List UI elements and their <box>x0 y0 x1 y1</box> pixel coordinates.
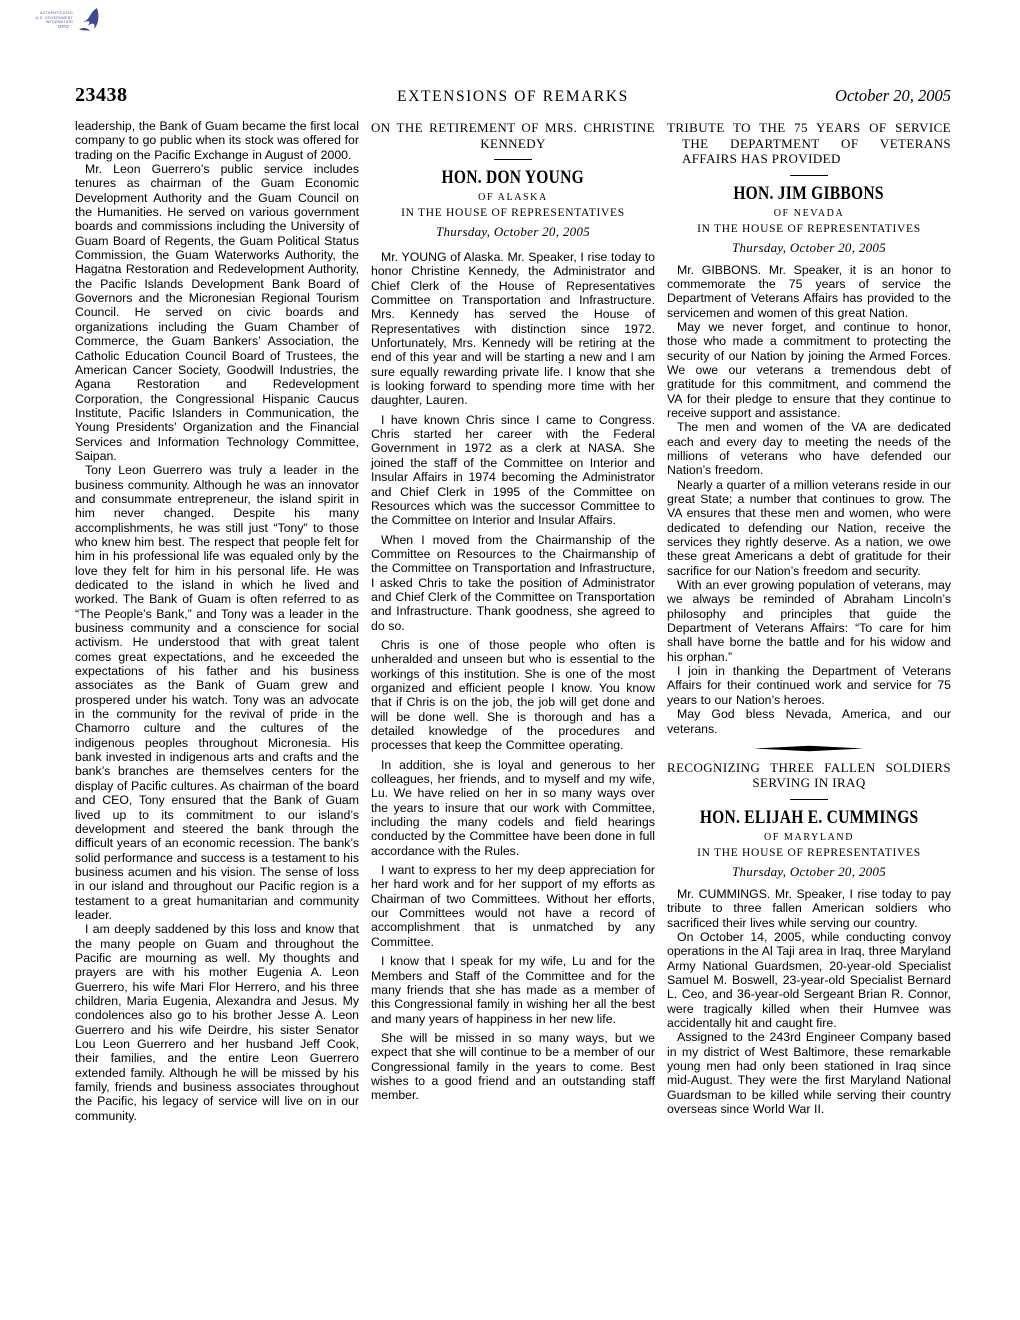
paragraph: Assigned to the 243rd Engineer Company b… <box>667 1030 951 1116</box>
paragraph: Nearly a quarter of a million veterans r… <box>667 478 951 578</box>
paragraph: When I moved from the Chairmanship of th… <box>371 533 655 633</box>
page-number: 23438 <box>75 84 285 107</box>
paragraph: May we never forget, and continue to hon… <box>667 320 951 420</box>
paragraph: I join in thanking the Department of Vet… <box>667 664 951 707</box>
chamber-line: IN THE HOUSE OF REPRESENTATIVES <box>667 847 951 859</box>
paragraph: On October 14, 2005, while conducting co… <box>667 930 951 1030</box>
paragraph: I am deeply saddened by this loss and kn… <box>75 922 359 1123</box>
seal-text: AUTHENTICATED U.S. GOVERNMENT INFORMATIO… <box>27 5 73 49</box>
session-date: Thursday, October 20, 2005 <box>667 240 951 256</box>
page-title: EXTENSIONS OF REMARKS <box>285 88 741 106</box>
paragraph: Mr. Leon Guerrero’s public service inclu… <box>75 162 359 463</box>
session-date: Thursday, October 20, 2005 <box>371 224 655 240</box>
chamber-line: IN THE HOUSE OF REPRESENTATIVES <box>667 223 951 235</box>
member-name: HON. DON YOUNG <box>371 168 655 189</box>
paragraph: Chris is one of those people who often i… <box>371 638 655 753</box>
paragraph: Tony Leon Guerrero was truly a leader in… <box>75 463 359 922</box>
swelled-rule-icon <box>754 745 864 752</box>
gpo-authentication-seal: AUTHENTICATED U.S. GOVERNMENT INFORMATIO… <box>27 5 105 49</box>
member-name-text: HON. DON YOUNG <box>442 168 584 189</box>
article-title: RECOGNIZING THREE FALLEN SOLDIERS SERVIN… <box>667 760 951 791</box>
paragraph: Mr. YOUNG of Alaska. Mr. Speaker, I rise… <box>371 250 655 408</box>
member-name: HON. JIM GIBBONS <box>667 184 951 205</box>
page-date: October 20, 2005 <box>741 86 951 106</box>
title-rule <box>494 159 532 160</box>
member-name-text: HON. JIM GIBBONS <box>734 184 884 205</box>
column-2: ON THE RETIREMENT OF MRS. CHRISTINE KENN… <box>371 119 655 1123</box>
paragraph: I know that I speak for my wife, Lu and … <box>371 954 655 1026</box>
column-3: TRIBUTE TO THE 75 YEARS OF SERVICE THE D… <box>667 119 951 1123</box>
page-header: 23438 EXTENSIONS OF REMARKS October 20, … <box>75 84 951 107</box>
paragraph: With an ever growing population of veter… <box>667 578 951 664</box>
title-rule <box>790 799 828 800</box>
paragraph: I have known Chris since I came to Congr… <box>371 413 655 528</box>
seal-gpo-label: GPO <box>27 25 73 30</box>
chamber-line: IN THE HOUSE OF REPRESENTATIVES <box>371 207 655 219</box>
session-date: Thursday, October 20, 2005 <box>667 864 951 880</box>
gpo-eagle-icon <box>75 7 101 41</box>
paragraph: May God bless Nevada, America, and our v… <box>667 707 951 736</box>
member-name-text: HON. ELIJAH E. CUMMINGS <box>700 808 919 829</box>
article-title: TRIBUTE TO THE 75 YEARS OF SERVICE THE D… <box>667 120 951 167</box>
member-state: OF NEVADA <box>667 208 951 219</box>
member-name: HON. ELIJAH E. CUMMINGS <box>667 808 951 829</box>
paragraph: leadership, the Bank of Guam became the … <box>75 119 359 162</box>
paragraph: In addition, she is loyal and generous t… <box>371 758 655 858</box>
member-state: OF MARYLAND <box>667 832 951 843</box>
column-1: leadership, the Bank of Guam became the … <box>75 119 359 1123</box>
article-title: ON THE RETIREMENT OF MRS. CHRISTINE KENN… <box>371 120 655 151</box>
paragraph: The men and women of the VA are dedicate… <box>667 420 951 477</box>
member-state: OF ALASKA <box>371 192 655 203</box>
paragraph: I want to express to her my deep appreci… <box>371 863 655 949</box>
congressional-record-page: AUTHENTICATED U.S. GOVERNMENT INFORMATIO… <box>0 0 1020 1320</box>
paragraph: Mr. CUMMINGS. Mr. Speaker, I rise today … <box>667 887 951 930</box>
paragraph: She will be missed in so many ways, but … <box>371 1031 655 1103</box>
columns: leadership, the Bank of Guam became the … <box>75 119 951 1123</box>
article-separator <box>754 745 864 752</box>
title-rule <box>790 175 828 176</box>
paragraph: Mr. GIBBONS. Mr. Speaker, it is an honor… <box>667 263 951 320</box>
